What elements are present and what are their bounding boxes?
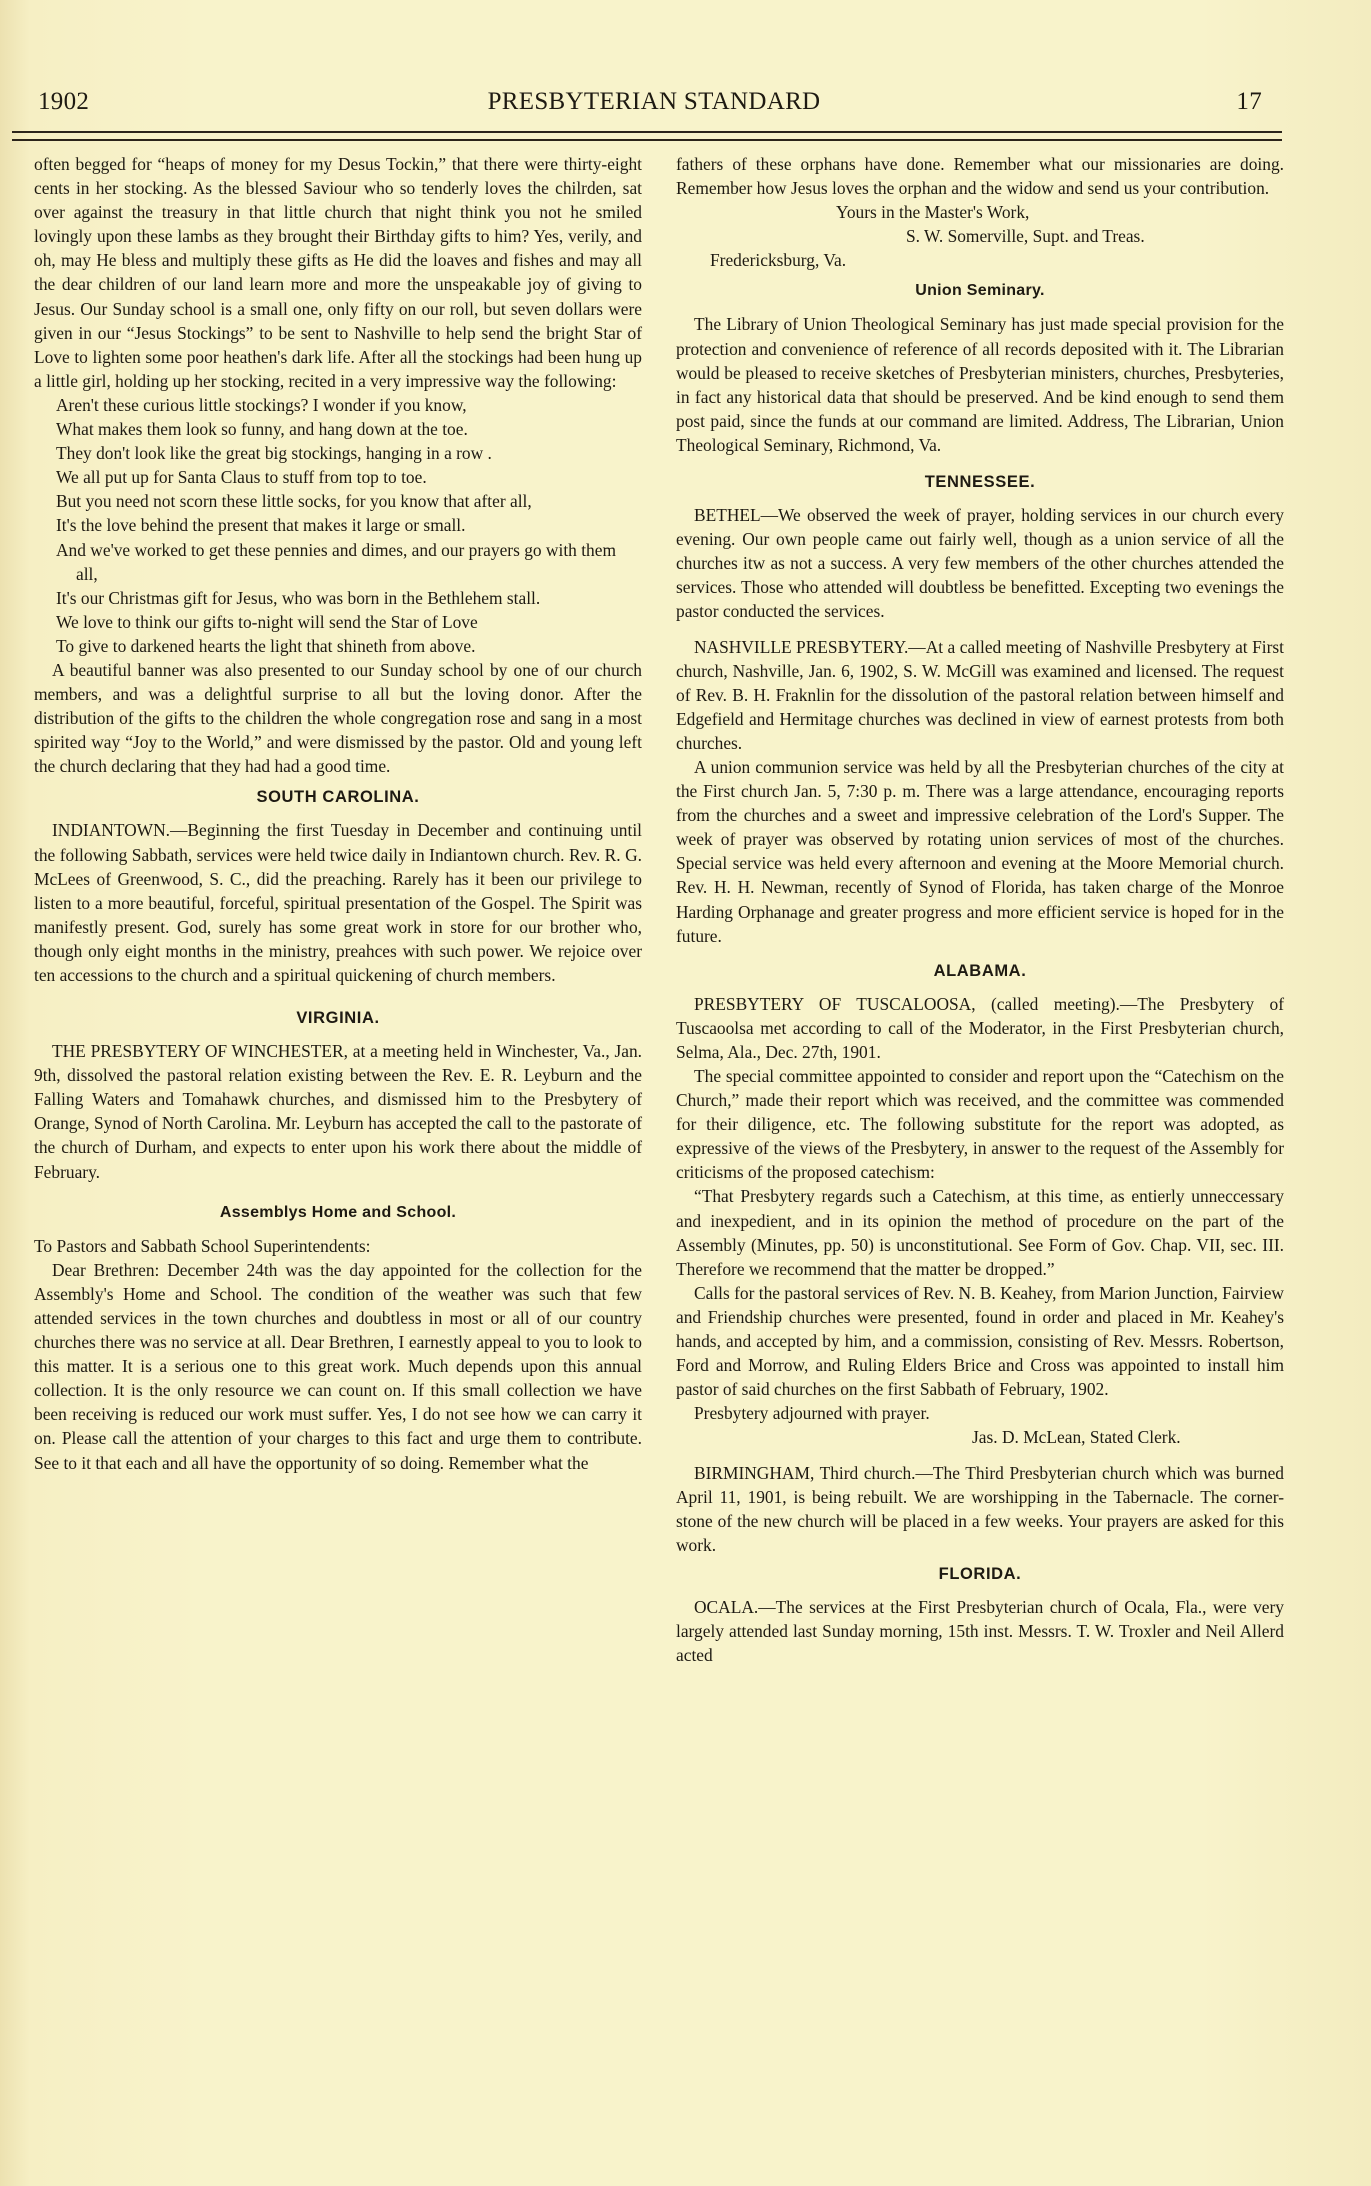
letter-signature: S. W. Somerville, Supt. and Treas. [676, 224, 1284, 248]
article-paragraph: Calls for the pastoral services of Rev. … [676, 1281, 1284, 1401]
clerk-signature: Jas. D. McLean, Stated Clerk. [676, 1425, 1284, 1449]
article-paragraph: The special committee appointed to consi… [676, 1064, 1284, 1184]
header-double-rule [12, 131, 1282, 141]
article-paragraph: Dear Brethren: December 24th was the day… [34, 1258, 642, 1475]
poem-line: We love to think our gifts to-night will… [76, 610, 642, 634]
article-paragraph: often begged for “heaps of money for my … [34, 152, 642, 393]
article-paragraph: INDIANTOWN.—Beginning the first Tuesday … [34, 818, 642, 987]
section-heading-south-carolina: SOUTH CAROLINA. [34, 786, 642, 808]
right-column: fathers of these orphans have done. Reme… [676, 152, 1284, 1667]
poem-line: They don't look like the great big stock… [76, 441, 642, 465]
letter-closing: Yours in the Master's Work, [676, 200, 1284, 224]
letter-place: Fredericksburg, Va. [676, 248, 1284, 272]
poem-line: It's our Christmas gift for Jesus, who w… [76, 586, 642, 610]
poem-line: But you need not scorn these little sock… [76, 489, 642, 513]
section-heading-assembly-home: Assemblys Home and School. [34, 1202, 642, 1224]
poem-line: And we've worked to get these pennies an… [76, 538, 642, 586]
newspaper-page: 1902 PRESBYTERIAN STANDARD 17 often begg… [0, 0, 1371, 2186]
poem: Aren't these curious little stockings? I… [34, 393, 642, 658]
section-heading-tennessee: TENNESSEE. [676, 471, 1284, 493]
poem-line: Aren't these curious little stockings? I… [76, 393, 642, 417]
publication-title: PRESBYTERIAN STANDARD [38, 88, 1270, 116]
poem-line: It's the love behind the present that ma… [76, 513, 642, 537]
page-header: 1902 PRESBYTERIAN STANDARD 17 [38, 88, 1270, 128]
section-heading-union-seminary: Union Seminary. [676, 280, 1284, 302]
section-heading-virginia: VIRGINIA. [34, 1007, 642, 1029]
poem-line: What makes them look so funny, and hang … [76, 417, 642, 441]
article-paragraph: The Library of Union Theological Seminar… [676, 312, 1284, 457]
article-paragraph: fathers of these orphans have done. Reme… [676, 152, 1284, 200]
section-heading-florida: FLORIDA. [676, 1563, 1284, 1585]
article-paragraph: BETHEL—We observed the week of prayer, h… [676, 503, 1284, 623]
article-paragraph: Presbytery adjourned with prayer. [676, 1401, 1284, 1425]
poem-line: To give to darkened hearts the light tha… [76, 634, 642, 658]
article-paragraph: A union communion service was held by al… [676, 755, 1284, 948]
article-paragraph: THE PRESBYTERY OF WINCHESTER, at a meeti… [34, 1039, 642, 1184]
section-heading-alabama: ALABAMA. [676, 960, 1284, 982]
salutation: To Pastors and Sabbath School Superinten… [34, 1234, 642, 1258]
article-paragraph: A beautiful banner was also presented to… [34, 658, 642, 778]
article-paragraph: “That Presbytery regards such a Catechis… [676, 1184, 1284, 1280]
article-paragraph: BIRMINGHAM, Third church.—The Third Pres… [676, 1461, 1284, 1557]
article-paragraph: NASHVILLE PRESBYTERY.—At a called meetin… [676, 635, 1284, 755]
page-number: 17 [1236, 88, 1262, 116]
article-paragraph: PRESBYTERY OF TUSCALOOSA, (called meetin… [676, 992, 1284, 1064]
article-paragraph: OCALA.—The services at the First Presbyt… [676, 1595, 1284, 1667]
left-column: often begged for “heaps of money for my … [34, 152, 642, 1475]
poem-line: We all put up for Santa Claus to stuff f… [76, 465, 642, 489]
